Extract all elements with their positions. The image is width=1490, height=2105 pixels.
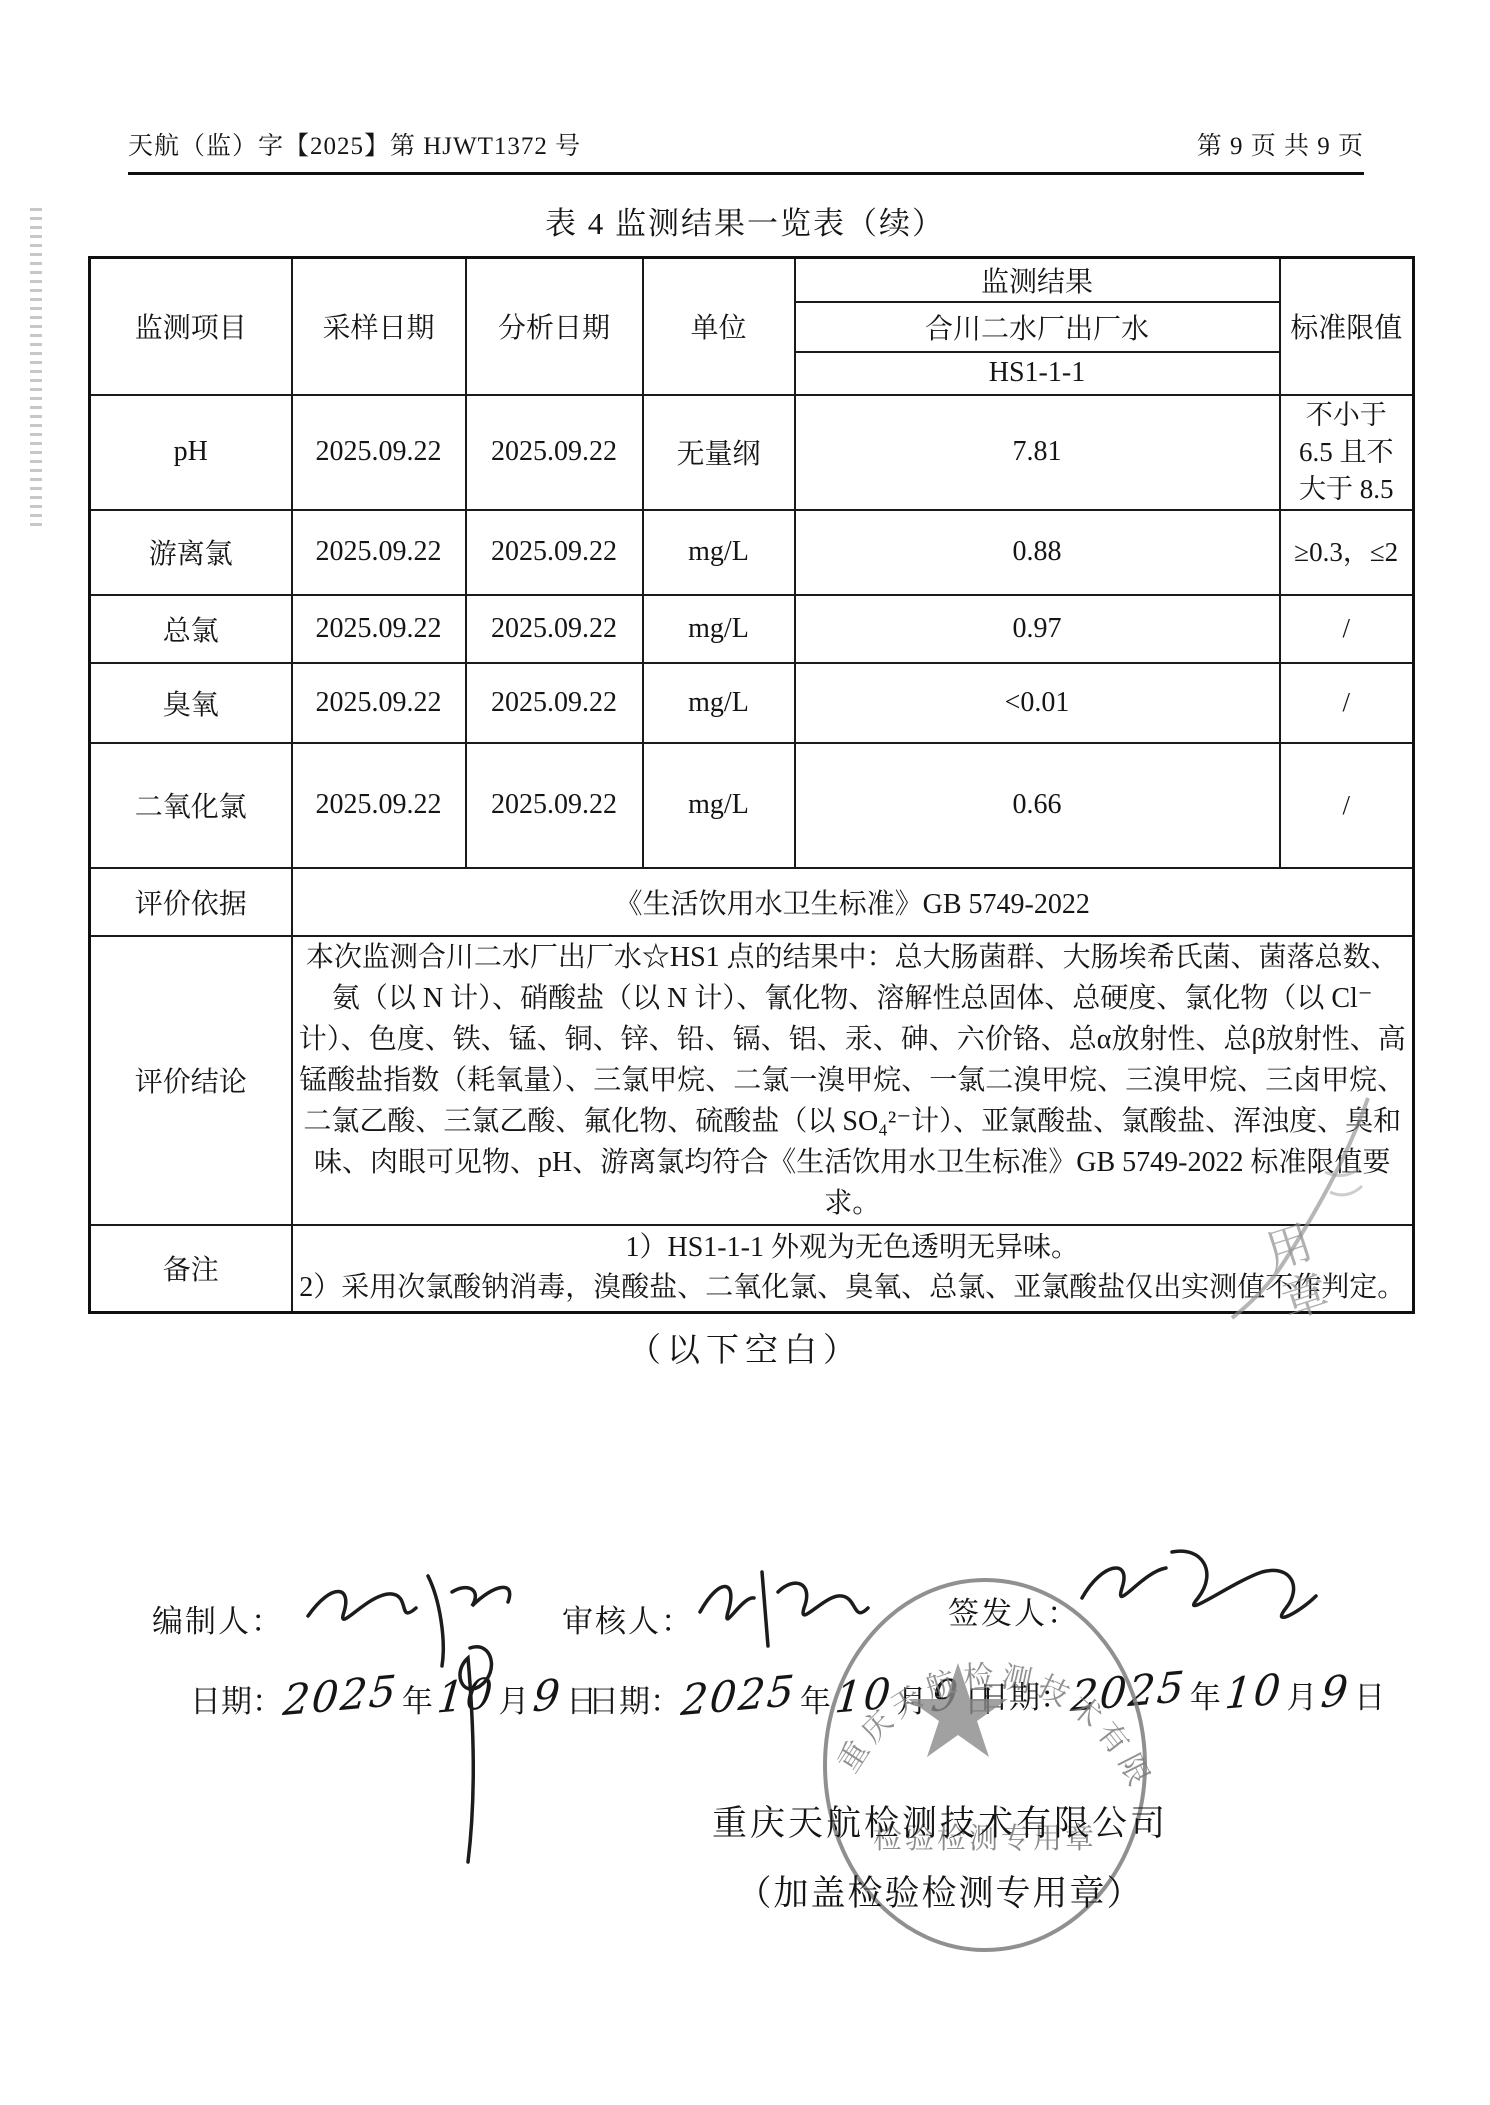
remark-label: 备注 [90, 1225, 292, 1313]
cell-unit: 无量纲 [643, 395, 795, 510]
cell-analysis-date: 2025.09.22 [466, 595, 643, 663]
monitoring-results-table: 监测项目 采样日期 分析日期 单位 监测结果 标准限值 合川二水厂出厂水 HS1… [88, 256, 1415, 1314]
table-row-ph: pH 2025.09.22 2025.09.22 无量纲 7.81 不小于 6.… [90, 395, 1414, 510]
conclusion-label: 评价结论 [90, 936, 292, 1225]
cell-analysis-date: 2025.09.22 [466, 743, 643, 868]
prepared-signature [308, 1576, 510, 1666]
company-name-line: 重庆天航检测技术有限公司 [640, 1796, 1240, 1846]
col-header-result-point: HS1-1-1 [795, 352, 1280, 395]
cell-result: <0.01 [795, 663, 1280, 743]
col-header-result-site: 合川二水厂出厂水 [795, 302, 1280, 352]
col-header-item: 监测项目 [90, 258, 292, 395]
table-row-ozone: 臭氧 2025.09.22 2025.09.22 mg/L <0.01 / [90, 663, 1414, 743]
cell-item: 二氧化氯 [90, 743, 292, 868]
evaluation-conclusion-row: 评价结论 本次监测合川二水厂出厂水☆HS1 点的结果中：总大肠菌群、大肠埃希氏菌… [90, 936, 1414, 1225]
table-row-total-chlorine: 总氯 2025.09.22 2025.09.22 mg/L 0.97 / [90, 595, 1414, 663]
seal-instruction-line: （加盖检验检测专用章） [620, 1866, 1260, 1916]
cell-item: 游离氯 [90, 510, 292, 595]
cell-analysis-date: 2025.09.22 [466, 395, 643, 510]
cell-result: 0.88 [795, 510, 1280, 595]
cell-sample-date: 2025.09.22 [292, 395, 466, 510]
cell-result: 0.97 [795, 595, 1280, 663]
col-header-sample-date: 采样日期 [292, 258, 466, 395]
table-row-chlorine-dioxide: 二氧化氯 2025.09.22 2025.09.22 mg/L 0.66 / [90, 743, 1414, 868]
left-margin-scan-artifact [30, 208, 42, 526]
cell-item: pH [90, 395, 292, 510]
cell-sample-date: 2025.09.22 [292, 595, 466, 663]
page-header: 天航（监）字【2025】第 HJWT1372 号 第 9 页 共 9 页 [128, 126, 1364, 175]
basis-value: 《生活饮用水卫生标准》GB 5749-2022 [292, 868, 1414, 936]
cell-limit: 不小于 6.5 且不大于 8.5 [1280, 395, 1414, 510]
cell-result: 7.81 [795, 395, 1280, 510]
cell-sample-date: 2025.09.22 [292, 510, 466, 595]
cell-item: 总氯 [90, 595, 292, 663]
evaluation-basis-row: 评价依据 《生活饮用水卫生标准》GB 5749-2022 [90, 868, 1414, 936]
remark-row: 备注 1）HS1-1-1 外观为无色透明无异味。 2）采用次氯酸钠消毒，溴酸盐、… [90, 1225, 1414, 1313]
cell-sample-date: 2025.09.22 [292, 663, 466, 743]
partial-stamp-fragment-text: 用章 [1254, 1217, 1335, 1332]
cell-unit: mg/L [643, 510, 795, 595]
cell-limit: / [1280, 743, 1414, 868]
cell-limit: / [1280, 595, 1414, 663]
cell-unit: mg/L [643, 595, 795, 663]
cell-limit: ≥0.3，≤2 [1280, 510, 1414, 595]
col-header-limit: 标准限值 [1280, 258, 1414, 395]
cell-sample-date: 2025.09.22 [292, 743, 466, 868]
cell-limit: / [1280, 663, 1414, 743]
cell-result: 0.66 [795, 743, 1280, 868]
table-row-free-chlorine: 游离氯 2025.09.22 2025.09.22 mg/L 0.88 ≥0.3… [90, 510, 1414, 595]
basis-label: 评价依据 [90, 868, 292, 936]
prepared-day-descender [460, 1647, 491, 1862]
report-number: 天航（监）字【2025】第 HJWT1372 号 [128, 126, 581, 162]
table-header-row: 监测项目 采样日期 分析日期 单位 监测结果 标准限值 [90, 258, 1414, 302]
page-title: 表 4 监测结果一览表（续） [0, 198, 1490, 243]
partial-stamp: 用章 [1230, 1060, 1490, 1350]
cell-analysis-date: 2025.09.22 [466, 663, 643, 743]
page-indicator: 第 9 页 共 9 页 [1197, 126, 1364, 162]
cell-item: 臭氧 [90, 663, 292, 743]
cell-analysis-date: 2025.09.22 [466, 510, 643, 595]
cell-unit: mg/L [643, 663, 795, 743]
col-header-unit: 单位 [643, 258, 795, 395]
col-header-analysis-date: 分析日期 [466, 258, 643, 395]
col-header-result-group: 监测结果 [795, 258, 1280, 302]
cell-unit: mg/L [643, 743, 795, 868]
